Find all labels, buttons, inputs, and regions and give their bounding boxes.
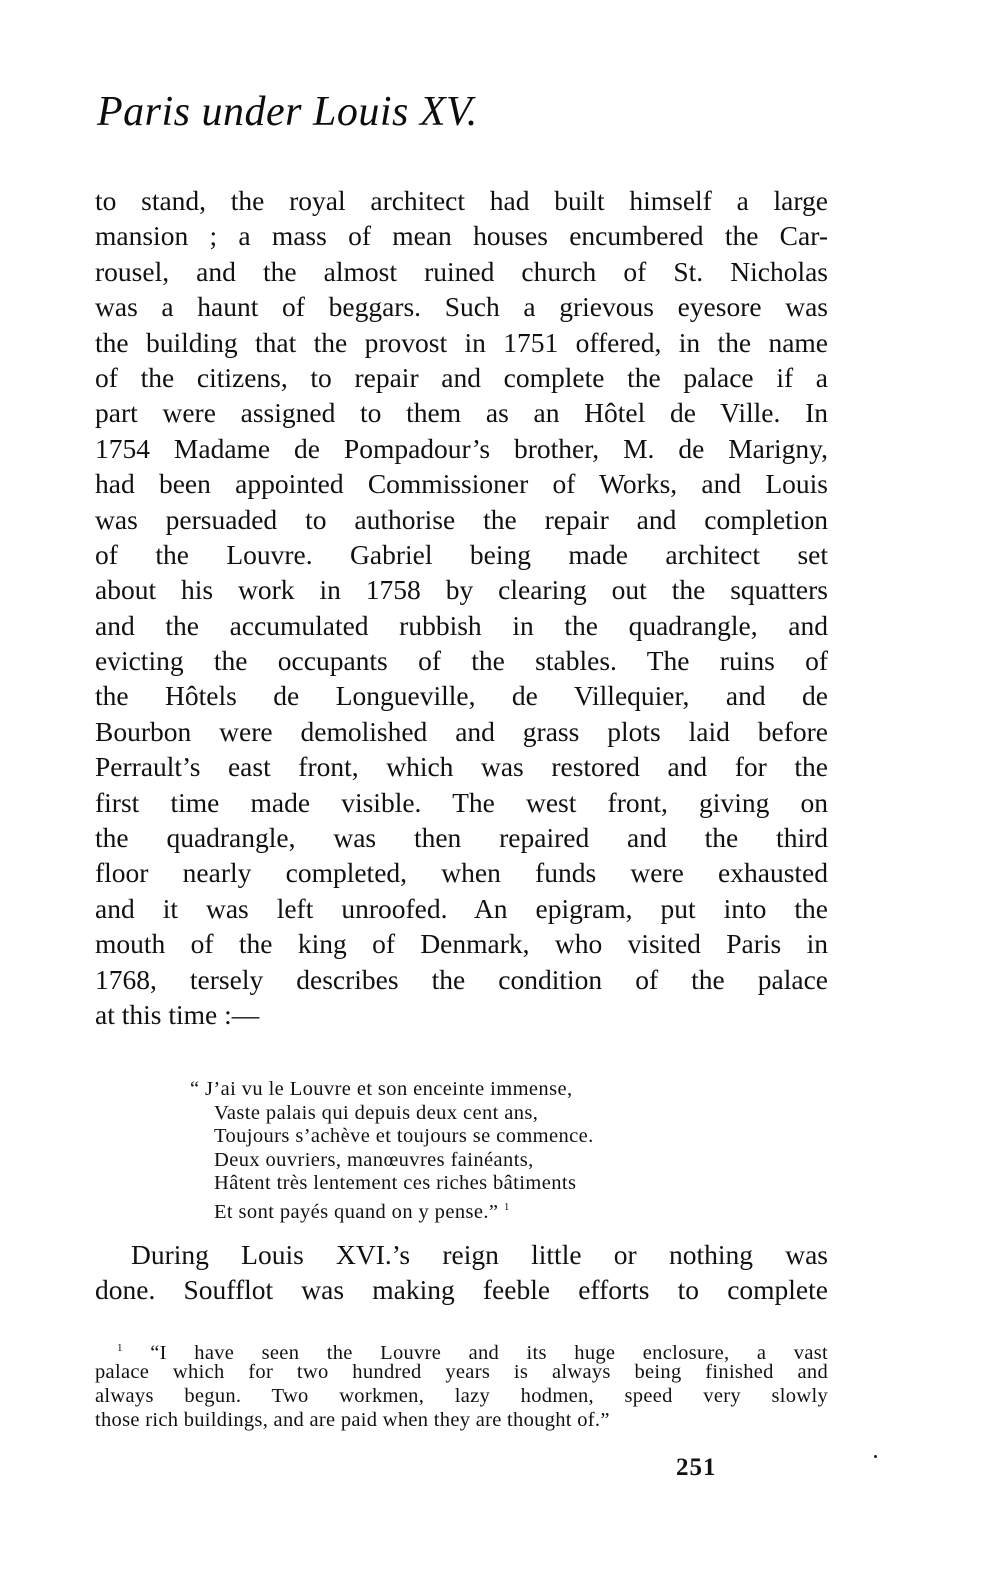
text-line: about his work in 1758 by clearing out t… xyxy=(95,572,828,607)
text-line: and it was left unroofed. An epigram, pu… xyxy=(95,891,828,926)
text-line: part were assigned to them as an Hôtel d… xyxy=(95,395,828,430)
footnote-line: 1 “I have seen the Louvre and its huge e… xyxy=(95,1336,828,1360)
second-paragraph: During Louis XVI.’s reign little or noth… xyxy=(95,1237,828,1308)
main-paragraph: to stand, the royal architect had built … xyxy=(95,183,828,1032)
text-line: at this time :— xyxy=(95,997,828,1032)
text-line: the building that the provost in 1751 of… xyxy=(95,325,828,360)
text-line: to stand, the royal architect had built … xyxy=(95,183,828,218)
verse-line: Toujours s’achève et toujours se commenc… xyxy=(190,1125,750,1149)
verse-line: Et sont payés quand on y pense.” 1 xyxy=(190,1196,750,1220)
text-line: mouth of the king of Denmark, who visite… xyxy=(95,926,828,961)
footnote-line: palace which for two hundred years is al… xyxy=(95,1360,828,1384)
text-line: Perrault’s east front, which was restore… xyxy=(95,749,828,784)
text-line: 1768, tersely describes the condition of… xyxy=(95,962,828,997)
verse-last-text: Et sont payés quand on y pense.” xyxy=(214,1201,498,1223)
text-line: evicting the occupants of the stables. T… xyxy=(95,643,828,678)
footnote-line: those rich buildings, and are paid when … xyxy=(95,1408,828,1432)
footnote-marker: 1 xyxy=(117,1342,123,1354)
footnote: 1 “I have seen the Louvre and its huge e… xyxy=(95,1336,828,1432)
book-page: Paris under Louis XV. to stand, the roya… xyxy=(0,0,1000,1575)
verse-line: “ J’ai vu le Louvre et son enceinte imme… xyxy=(190,1078,750,1102)
text-line: of the Louvre. Gabriel being made archit… xyxy=(95,537,828,572)
text-line: rousel, and the almost ruined church of … xyxy=(95,254,828,289)
text-line: done. Soufflot was making feeble efforts… xyxy=(95,1272,828,1307)
verse-line: Hâtent très lentement ces riches bâtimen… xyxy=(190,1172,750,1196)
scan-speck xyxy=(874,1455,877,1458)
text-line: During Louis XVI.’s reign little or noth… xyxy=(95,1237,828,1272)
epigram-verse: “ J’ai vu le Louvre et son enceinte imme… xyxy=(190,1078,750,1219)
footnote-reference[interactable]: 1 xyxy=(504,1201,510,1213)
verse-line: Vaste palais qui depuis deux cent ans, xyxy=(190,1102,750,1126)
text-line: and the accumulated rubbish in the quadr… xyxy=(95,608,828,643)
text-line: mansion ; a mass of mean houses encumber… xyxy=(95,218,828,253)
text-line: the quadrangle, was then repaired and th… xyxy=(95,820,828,855)
text-line: floor nearly completed, when funds were … xyxy=(95,855,828,890)
page-number: 251 xyxy=(676,1454,717,1482)
text-line: of the citizens, to repair and complete … xyxy=(95,360,828,395)
footnote-line: always begun. Two workmen, lazy hodmen, … xyxy=(95,1384,828,1408)
text-line: had been appointed Commissioner of Works… xyxy=(95,466,828,501)
text-line: was persuaded to authorise the repair an… xyxy=(95,502,828,537)
text-line: 1754 Madame de Pompadour’s brother, M. d… xyxy=(95,431,828,466)
text-line: was a haunt of beggars. Such a grievous … xyxy=(95,289,828,324)
running-head: Paris under Louis XV. xyxy=(97,88,478,136)
text-line: first time made visible. The west front,… xyxy=(95,785,828,820)
text-line: the Hôtels de Longueville, de Villequier… xyxy=(95,678,828,713)
text-line: Bourbon were demolished and grass plots … xyxy=(95,714,828,749)
verse-line: Deux ouvriers, manœuvres fainéants, xyxy=(190,1149,750,1173)
